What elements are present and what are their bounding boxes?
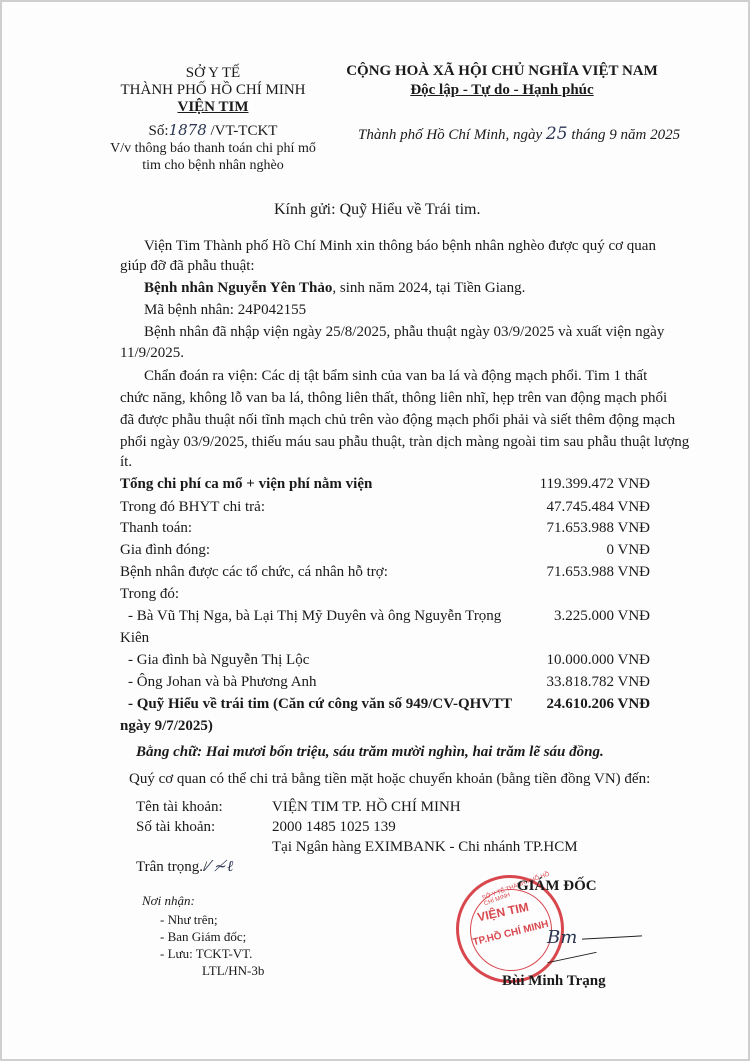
donor-label-continued: Kiên [120, 630, 149, 647]
diagnosis-line-5: ít. [120, 454, 132, 471]
diagnosis-line-4: phổi ngày 03/9/2025, thiếu máu sau phẫu … [120, 434, 689, 451]
cost-label: Thanh toán: [120, 520, 192, 537]
donor-amount: 10.000.000 VNĐ [547, 652, 650, 669]
diagnosis-line-3: đã được phẫu thuật nối tĩnh mạch chủ trê… [120, 412, 675, 429]
admission-line-2: 11/9/2025. [120, 345, 184, 362]
city-name: THÀNH PHỐ HỒ CHÍ MINH [98, 82, 328, 99]
cost-amount: 71.653.988 VNĐ [547, 520, 650, 537]
diagnosis-line-2: chức năng, không lỗ van ba lá, thông liê… [120, 390, 667, 407]
donor-amount: 24.610.206 VNĐ [547, 696, 650, 713]
closing: Trân trọng./⁄ ≁ℓ [136, 857, 233, 876]
handwritten-number: 1878 [169, 121, 207, 139]
amount-in-words: Bằng chữ: Hai mươi bốn triệu, sáu trăm m… [136, 744, 604, 761]
cost-amount: 71.653.988 VNĐ [547, 564, 650, 581]
header-left: SỞ Y TẾ THÀNH PHỐ HỒ CHÍ MINH VIỆN TIM S… [98, 65, 328, 174]
donor-label-continued: ngày 9/7/2025) [120, 718, 213, 735]
recipient-line: Kính gửi: Quỹ Hiểu về Trái tim. [274, 201, 480, 219]
donor-label: - Quỹ Hiểu về trái tim (Căn cứ công văn … [128, 696, 512, 713]
cost-label: Bệnh nhân được các tổ chức, cá nhân hỗ t… [120, 564, 388, 581]
subject-line-2: tim cho bệnh nhân nghèo [98, 157, 328, 174]
intro-line-1: Viện Tim Thành phố Hồ Chí Minh xin thông… [144, 238, 656, 255]
patient-code: Mã bệnh nhân: 24P042155 [144, 302, 306, 319]
intro-line-2: giúp đỡ đã phẫu thuật: [120, 258, 255, 275]
nation-name: CỘNG HOÀ XÃ HỘI CHỦ NGHĨA VIỆT NAM [342, 62, 662, 81]
cost-label: Tổng chi phí ca mổ + viện phí nằm viện [120, 476, 372, 493]
account-number: 2000 1485 1025 139 [272, 819, 396, 836]
cost-label: Trong đó: [120, 586, 179, 603]
recipient-item: - Ban Giám đốc; [160, 929, 246, 945]
payment-note: Quý cơ quan có thể chi trả bằng tiền mặt… [129, 771, 650, 788]
cost-amount: 0 VNĐ [607, 542, 650, 559]
recipient-item: - Lưu: TCKT-VT. [160, 946, 252, 962]
donor-amount: 33.818.782 VNĐ [547, 674, 650, 691]
cost-amount: 119.399.472 VNĐ [540, 476, 650, 493]
donor-amount: 3.225.000 VNĐ [554, 608, 650, 625]
donor-label: - Ông Johan và bà Phương Anh [128, 674, 317, 691]
signature-title: GIÁM ĐỐC [517, 878, 597, 895]
cost-amount: 47.745.484 VNĐ [547, 499, 650, 516]
signature-stroke [582, 935, 642, 939]
header-right: CỘNG HOÀ XÃ HỘI CHỦ NGHĨA VIỆT NAM Độc l… [342, 62, 662, 100]
bank-name: Tại Ngân hàng EXIMBANK - Chi nhánh TP.HC… [272, 839, 578, 856]
cost-label: Gia đình đóng: [120, 542, 210, 559]
diagnosis-line-1: Chẩn đoán ra viện: Các dị tật bẩm sinh c… [144, 368, 647, 385]
handwritten-day: 25 [546, 124, 568, 144]
recipients-title: Nơi nhận: [142, 893, 195, 909]
document-number: Số:1878 /VT-TCKT [98, 122, 328, 140]
recipient-item: - Như trên; [160, 912, 218, 928]
recipients-ref: LTL/HN-3b [202, 963, 264, 979]
subject-line-1: V/v thông báo thanh toán chi phí mổ [98, 140, 328, 157]
patient-name: Bệnh nhân Nguyễn Yên Thảo [144, 280, 332, 296]
ministry-name: SỞ Y TẾ [98, 65, 328, 82]
institute-name: VIỆN TIM [98, 99, 328, 116]
signer-name: Bùi Minh Trạng [502, 973, 606, 990]
cost-label: Trong đó BHYT chi trả: [120, 499, 265, 516]
initials-signature: ⁄ ≁ℓ [207, 857, 233, 875]
document-date: Thành phố Hồ Chí Minh, ngày 25 tháng 9 n… [358, 124, 680, 144]
signature-scribble: Bm [547, 927, 577, 948]
account-number-label: Số tài khoản: [136, 819, 215, 836]
account-name: VIỆN TIM TP. HỒ CHÍ MINH [272, 799, 461, 816]
national-motto: Độc lập - Tự do - Hạnh phúc [342, 81, 662, 100]
document-page: SỞ Y TẾ THÀNH PHỐ HỒ CHÍ MINH VIỆN TIM S… [0, 0, 750, 1061]
patient-line: Bệnh nhân Nguyễn Yên Thảo, sinh năm 2024… [144, 280, 525, 297]
account-name-label: Tên tài khoản: [136, 799, 223, 816]
donor-label: - Bà Vũ Thị Nga, bà Lại Thị Mỹ Duyên và … [128, 608, 501, 625]
admission-line-1: Bệnh nhân đã nhập viện ngày 25/8/2025, p… [144, 324, 664, 341]
donor-label: - Gia đình bà Nguyễn Thị Lộc [128, 652, 309, 669]
